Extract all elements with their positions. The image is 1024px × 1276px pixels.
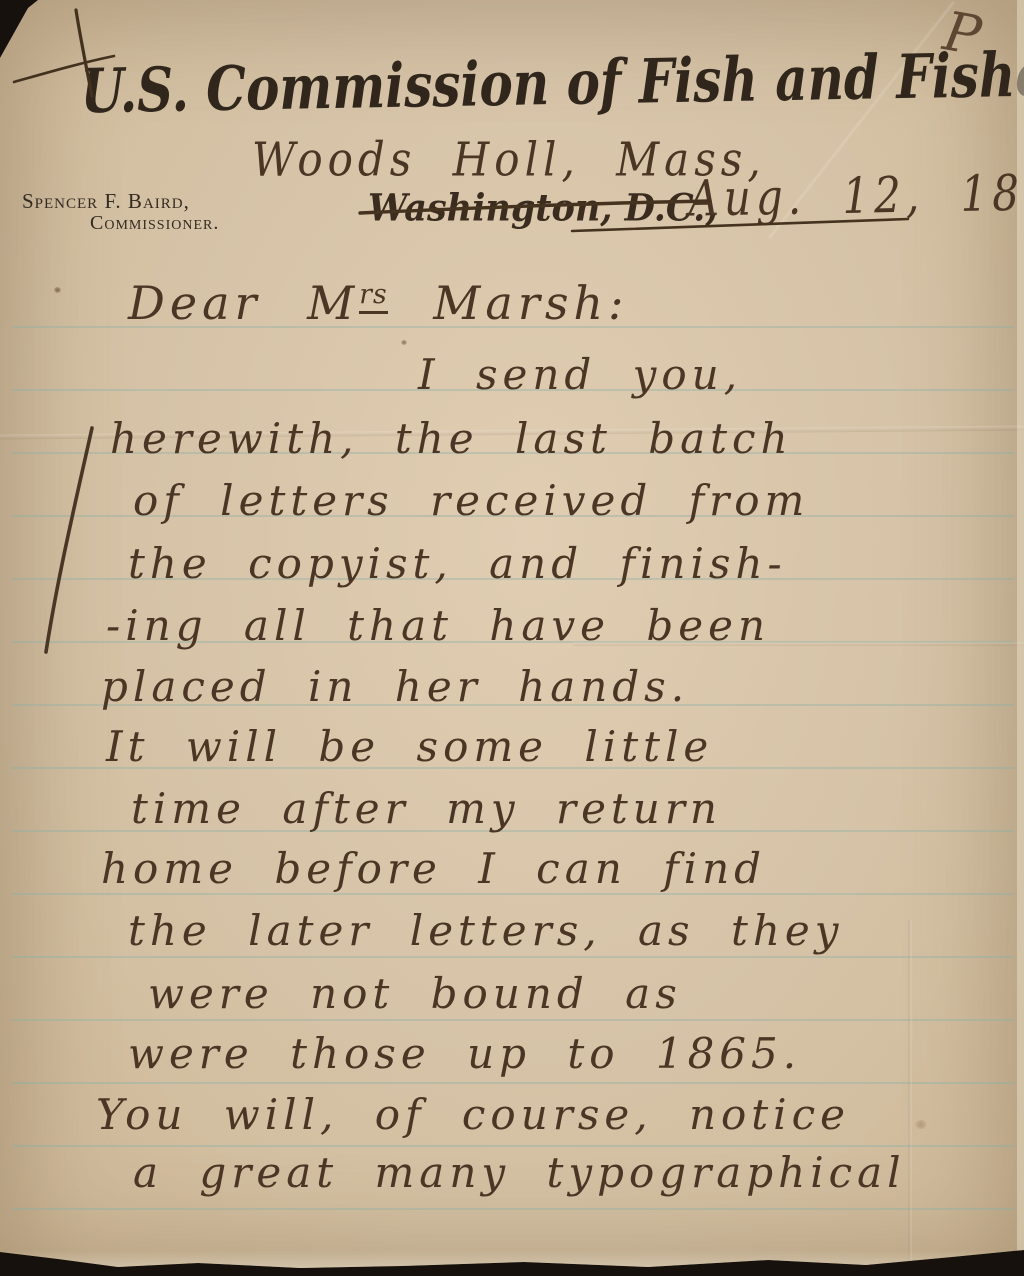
paper-bottom-edge [0,1250,1024,1276]
body-line: were those up to 1865. [128,1031,801,1077]
body-line: It will be some little [106,724,713,770]
official-name: Spencer F. Baird, [22,189,190,214]
ink-stain [401,340,407,345]
letterhead-title: U.S. Commission of Fish and Fisheries. [80,36,1024,127]
body-line: the copyist, and finish- [128,541,787,587]
salutation-text: Marsh: [388,276,629,330]
body-line: I send you, [418,352,742,398]
paper: U.S. Commission of Fish and Fisheries. W… [0,0,1024,1276]
body-line: of letters received from [133,478,809,524]
body-line: You will, of course, notice [96,1092,850,1138]
body-line: -ing all that have been [106,603,770,649]
letter-scan: U.S. Commission of Fish and Fisheries. W… [0,0,1024,1276]
paper-stain [915,1120,927,1129]
salutation-superscript: rs [359,279,387,314]
body-line: were not bound as [148,971,682,1017]
body-line: herewith, the last batch [110,416,793,462]
salutation-text: Dear M [128,276,359,330]
body-line: a great many typographical [133,1150,906,1196]
body-line: time after my return [131,786,722,832]
official-title: Commissioner. [90,212,219,235]
handwritten-date: Aug. 12, 1886. [688,165,1024,227]
body-line: placed in her hands. [101,664,689,710]
printed-location-struck: Washington, D.C., [368,186,718,230]
body-line: home before I can find [101,846,766,892]
body-line: the later letters, as they [128,908,843,954]
salutation: Dear Mrs Marsh: [128,278,629,329]
ink-stain [54,287,61,293]
paper-right-edge [1017,0,1024,1264]
